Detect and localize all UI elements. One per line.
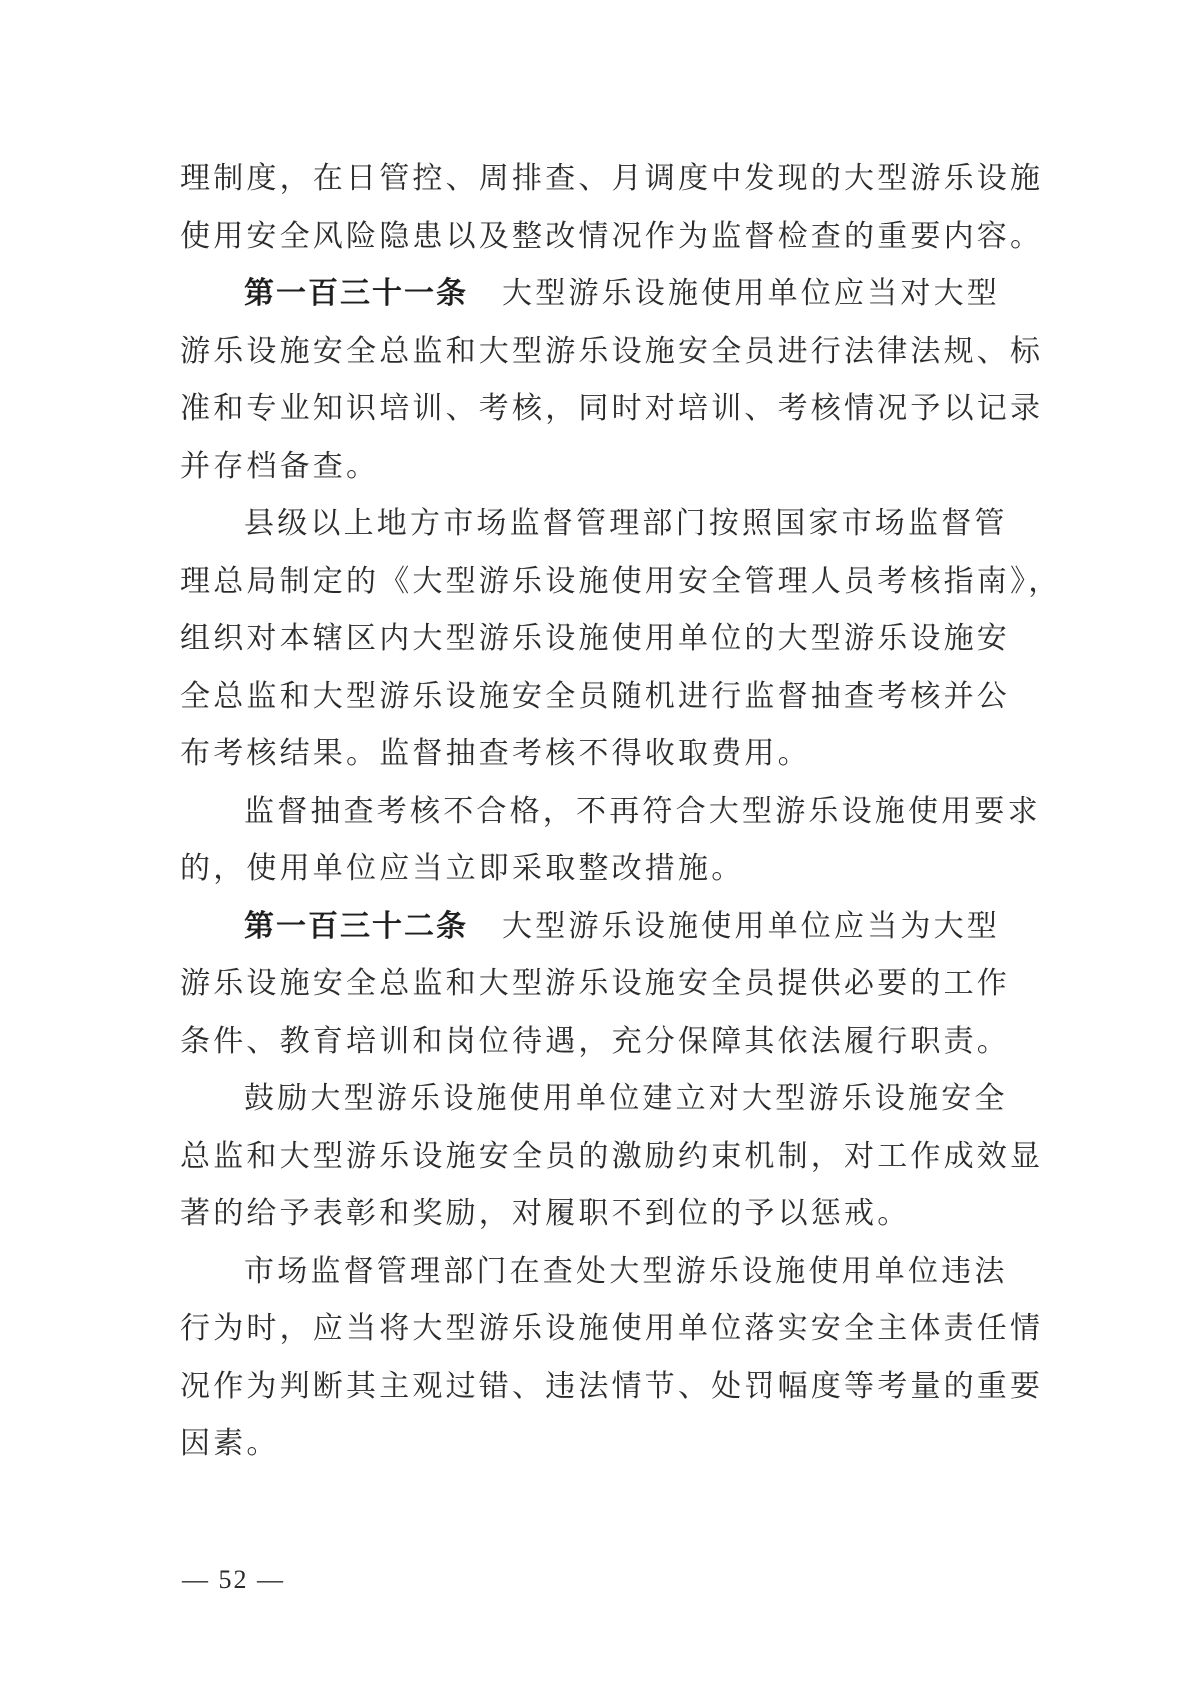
article-number: 第一百三十二条 [244,909,468,944]
article-number: 第一百三十一条 [244,276,468,311]
text-line: 鼓励大型游乐设施使用单位建立对大型游乐设施安全 [180,1070,1020,1128]
text-line: 准和专业知识培训、考核，同时对培训、考核情况予以记录 [180,380,1020,438]
body-text: 理制度，在日管控、周排查、月调度中发现的大型游乐设施 使用安全风险隐患以及整改情… [180,150,1020,1473]
article-text: 大型游乐设施使用单位应当对大型 [502,276,1000,311]
text-line: 组织对本辖区内大型游乐设施使用单位的大型游乐设施安 [180,610,1020,668]
text-line: 条件、教育培训和岗位待遇，充分保障其依法履行职责。 [180,1013,1020,1071]
text-line: 游乐设施安全总监和大型游乐设施安全员提供必要的工作 [180,955,1020,1013]
text-line: 著的给予表彰和奖励，对履职不到位的予以惩戒。 [180,1185,1020,1243]
text-line: 并存档备查。 [180,438,1020,496]
text-line: 况作为判断其主观过错、违法情节、处罚幅度等考量的重要 [180,1358,1020,1416]
document-page: 理制度，在日管控、周排查、月调度中发现的大型游乐设施 使用安全风险隐患以及整改情… [0,0,1190,1683]
text-line: 县级以上地方市场监督管理部门按照国家市场监督管 [180,495,1020,553]
text-line: 理制度，在日管控、周排查、月调度中发现的大型游乐设施 [180,150,1020,208]
text-line: 监督抽查考核不合格，不再符合大型游乐设施使用要求 [180,783,1020,841]
text-line: 总监和大型游乐设施安全员的激励约束机制，对工作成效显 [180,1128,1020,1186]
text-line: 理总局制定的《大型游乐设施使用安全管理人员考核指南》， [180,553,1020,611]
article-132-heading-line: 第一百三十二条大型游乐设施使用单位应当为大型 [180,898,1020,956]
page-number: — 52 — [182,1565,285,1595]
text-line: 游乐设施安全总监和大型游乐设施安全员进行法律法规、标 [180,323,1020,381]
article-131-heading-line: 第一百三十一条大型游乐设施使用单位应当对大型 [180,265,1020,323]
text-line: 使用安全风险隐患以及整改情况作为监督检查的重要内容。 [180,208,1020,266]
text-line: 布考核结果。监督抽查考核不得收取费用。 [180,725,1020,783]
text-line: 因素。 [180,1415,1020,1473]
text-line: 市场监督管理部门在查处大型游乐设施使用单位违法 [180,1243,1020,1301]
text-line: 的，使用单位应当立即采取整改措施。 [180,840,1020,898]
article-text: 大型游乐设施使用单位应当为大型 [502,909,1000,944]
text-line: 全总监和大型游乐设施安全员随机进行监督抽查考核并公 [180,668,1020,726]
text-line: 行为时，应当将大型游乐设施使用单位落实安全主体责任情 [180,1300,1020,1358]
